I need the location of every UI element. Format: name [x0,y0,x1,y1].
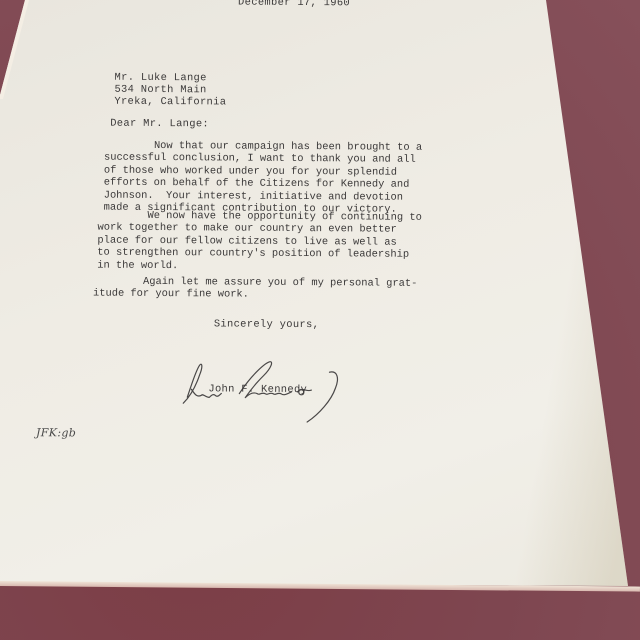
closing: Sincerely yours, [214,318,319,331]
letter: December 17, 1960 Mr. Luke Lange 534 Nor… [0,0,640,640]
salutation: Dear Mr. Lange: [110,118,209,131]
paragraph-line: itude for your fine work. [93,288,417,303]
reference-initials: JFK:gb [36,427,76,440]
paragraph-line: in the world. [97,259,421,274]
recipient-name: Mr. Luke Lange [115,72,207,85]
signer-name: John F. Kennedy [208,383,307,396]
handwritten-signature [179,357,380,438]
paragraph-3: Again let me assure you of my personal g… [93,276,417,303]
recipient-street: 534 North Main [114,84,206,97]
letter-date: December 17, 1960 [238,0,350,10]
paragraph-2: We now have the opportunity of continuin… [97,210,422,274]
recipient-city: Yreka, California [114,96,226,109]
paragraph-1: Now that our campaign has been brought t… [104,140,423,217]
